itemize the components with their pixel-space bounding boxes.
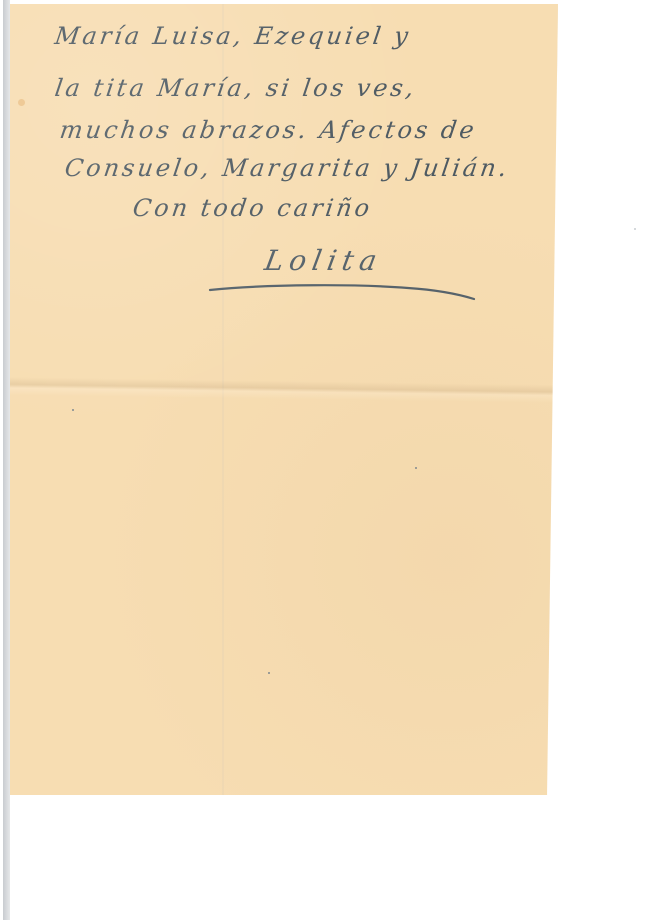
ink-speck [268, 672, 270, 674]
letter-line-1: María Luisa, Ezequiel y [53, 22, 413, 50]
letter-page: María Luisa, Ezequiel y la tita María, s… [10, 4, 558, 795]
ink-speck [72, 409, 74, 411]
scan-dust [634, 228, 636, 230]
ink-speck [415, 467, 417, 469]
signature: Lolita [262, 244, 385, 277]
letter-closing: Con todo cariño [131, 194, 374, 222]
horizontal-fold [10, 377, 558, 403]
paper-stain [18, 99, 25, 106]
signature-flourish [208, 282, 478, 302]
scanner-edge [3, 0, 10, 920]
letter-line-2: la tita María, si los ves, [53, 74, 418, 102]
letter-line-4: Consuelo, Margarita y Julián. [63, 154, 511, 182]
letter-line-3: muchos abrazos. Afectos de [58, 116, 479, 144]
